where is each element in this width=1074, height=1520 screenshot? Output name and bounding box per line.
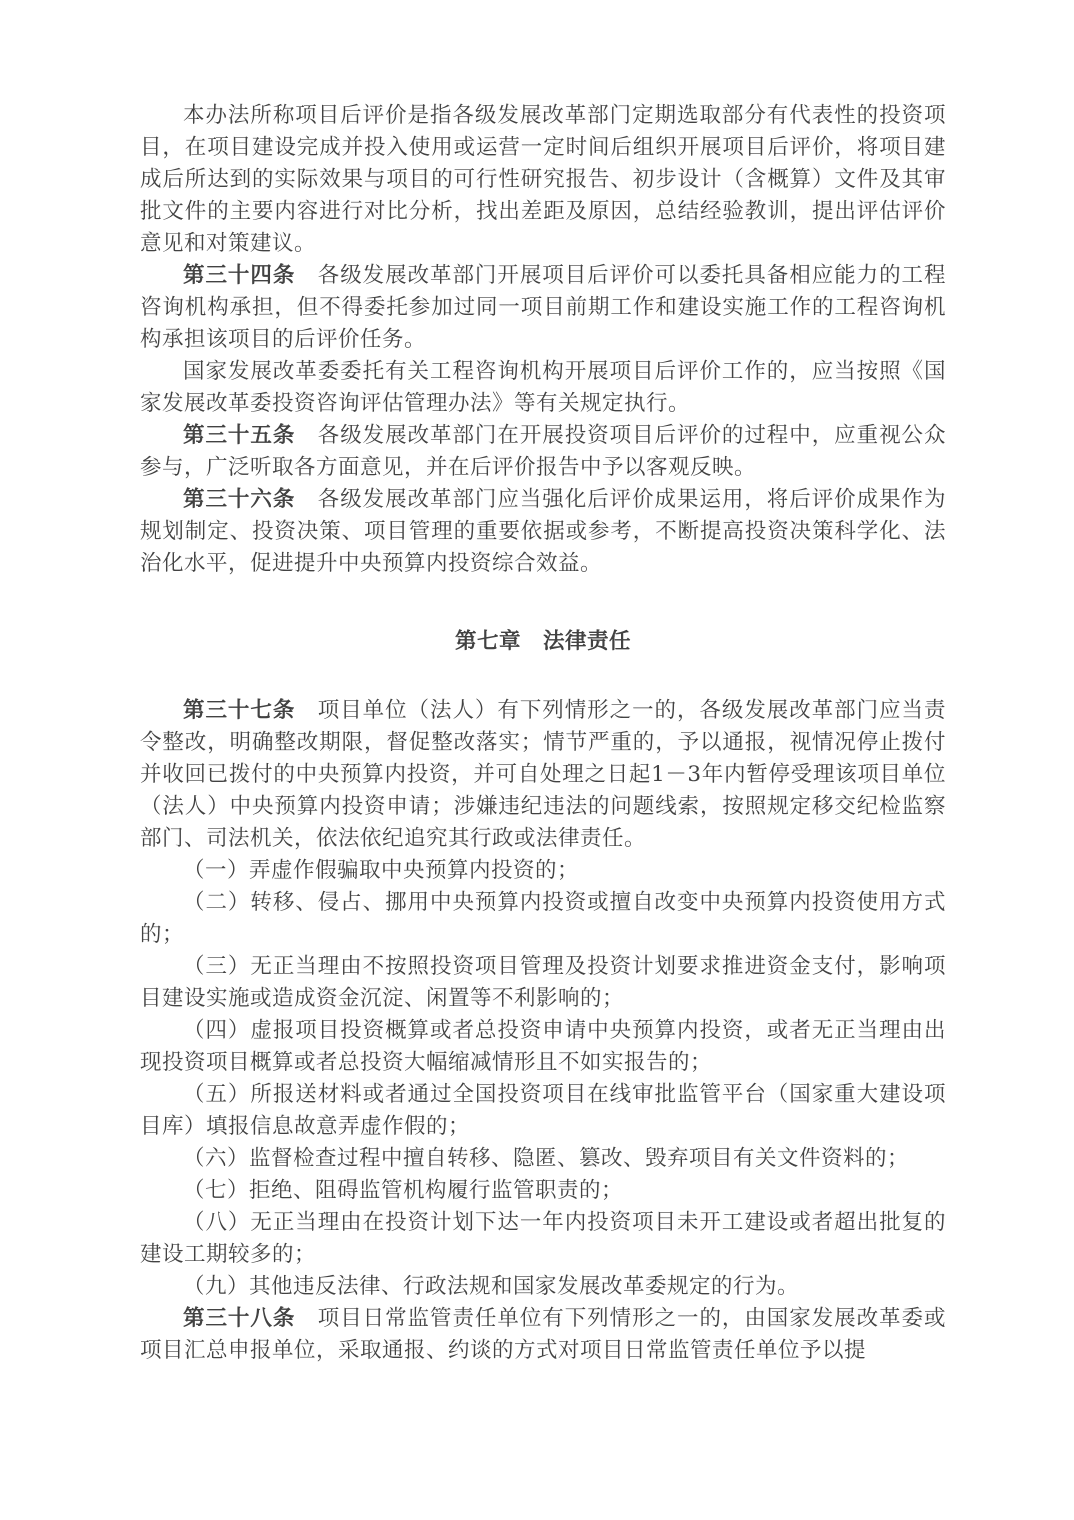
list-item-5: （五）所报送材料或者通过全国投资项目在线审批监管平台（国家重大建设项目库）填报信… <box>140 1079 946 1143</box>
article-35-paragraph: 第三十五条 各级发展改革部门在开展投资项目后评价的过程中，应重视公众参与，广泛听… <box>140 420 946 484</box>
article-34-paragraph-2: 国家发展改革委委托有关工程咨询机构开展项目后评价工作的，应当按照《国家发展改革委… <box>140 356 946 420</box>
article-36-paragraph: 第三十六条 各级发展改革部门应当强化后评价成果运用，将后评价成果作为规划制定、投… <box>140 484 946 580</box>
article-37-paragraph: 第三十七条 项目单位（法人）有下列情形之一的，各级发展改革部门应当责令整改，明确… <box>140 695 946 855</box>
list-item-7: （七）拒绝、阻碍监管机构履行监管职责的； <box>140 1175 946 1207</box>
article-34-paragraph-2-text: 国家发展改革委委托有关工程咨询机构开展项目后评价工作的，应当按照《国家发展改革委… <box>140 359 946 416</box>
article-34-number: 第三十四条 <box>183 263 295 288</box>
document-text-area: 本办法所称项目后评价是指各级发展改革部门定期选取部分有代表性的投资项目，在项目建… <box>140 100 946 1367</box>
list-item-6: （六）监督检查过程中擅自转移、隐匿、篡改、毁弃项目有关文件资料的； <box>140 1143 946 1175</box>
list-item-4: （四）虚报项目投资概算或者总投资申请中央预算内投资，或者无正当理由出现投资项目概… <box>140 1015 946 1079</box>
article-34-paragraph: 第三十四条 各级发展改革部门开展项目后评价可以委托具备相应能力的工程咨询机构承担… <box>140 260 946 356</box>
list-item-2: （二）转移、侵占、挪用中央预算内投资或擅自改变中央预算内投资使用方式的； <box>140 887 946 951</box>
article-35-number: 第三十五条 <box>183 423 295 448</box>
article-36-number: 第三十六条 <box>183 487 295 512</box>
document-page: 本办法所称项目后评价是指各级发展改革部门定期选取部分有代表性的投资项目，在项目建… <box>0 0 1074 1520</box>
article-37-number: 第三十七条 <box>183 698 295 723</box>
article-38-paragraph: 第三十八条 项目日常监管责任单位有下列情形之一的，由国家发展改革委或项目汇总申报… <box>140 1303 946 1367</box>
chapter-7-heading: 第七章 法律责任 <box>140 626 946 658</box>
intro-paragraph: 本办法所称项目后评价是指各级发展改革部门定期选取部分有代表性的投资项目，在项目建… <box>140 100 946 260</box>
list-item-9: （九）其他违反法律、行政法规和国家发展改革委规定的行为。 <box>140 1271 946 1303</box>
article-38-number: 第三十八条 <box>183 1306 295 1331</box>
intro-paragraph-text: 本办法所称项目后评价是指各级发展改革部门定期选取部分有代表性的投资项目，在项目建… <box>140 103 946 256</box>
list-item-3: （三）无正当理由不按照投资项目管理及投资计划要求推进资金支付，影响项目建设实施或… <box>140 951 946 1015</box>
list-item-1: （一）弄虚作假骗取中央预算内投资的； <box>140 855 946 887</box>
list-item-8: （八）无正当理由在投资计划下达一年内投资项目未开工建设或者超出批复的建设工期较多… <box>140 1207 946 1271</box>
